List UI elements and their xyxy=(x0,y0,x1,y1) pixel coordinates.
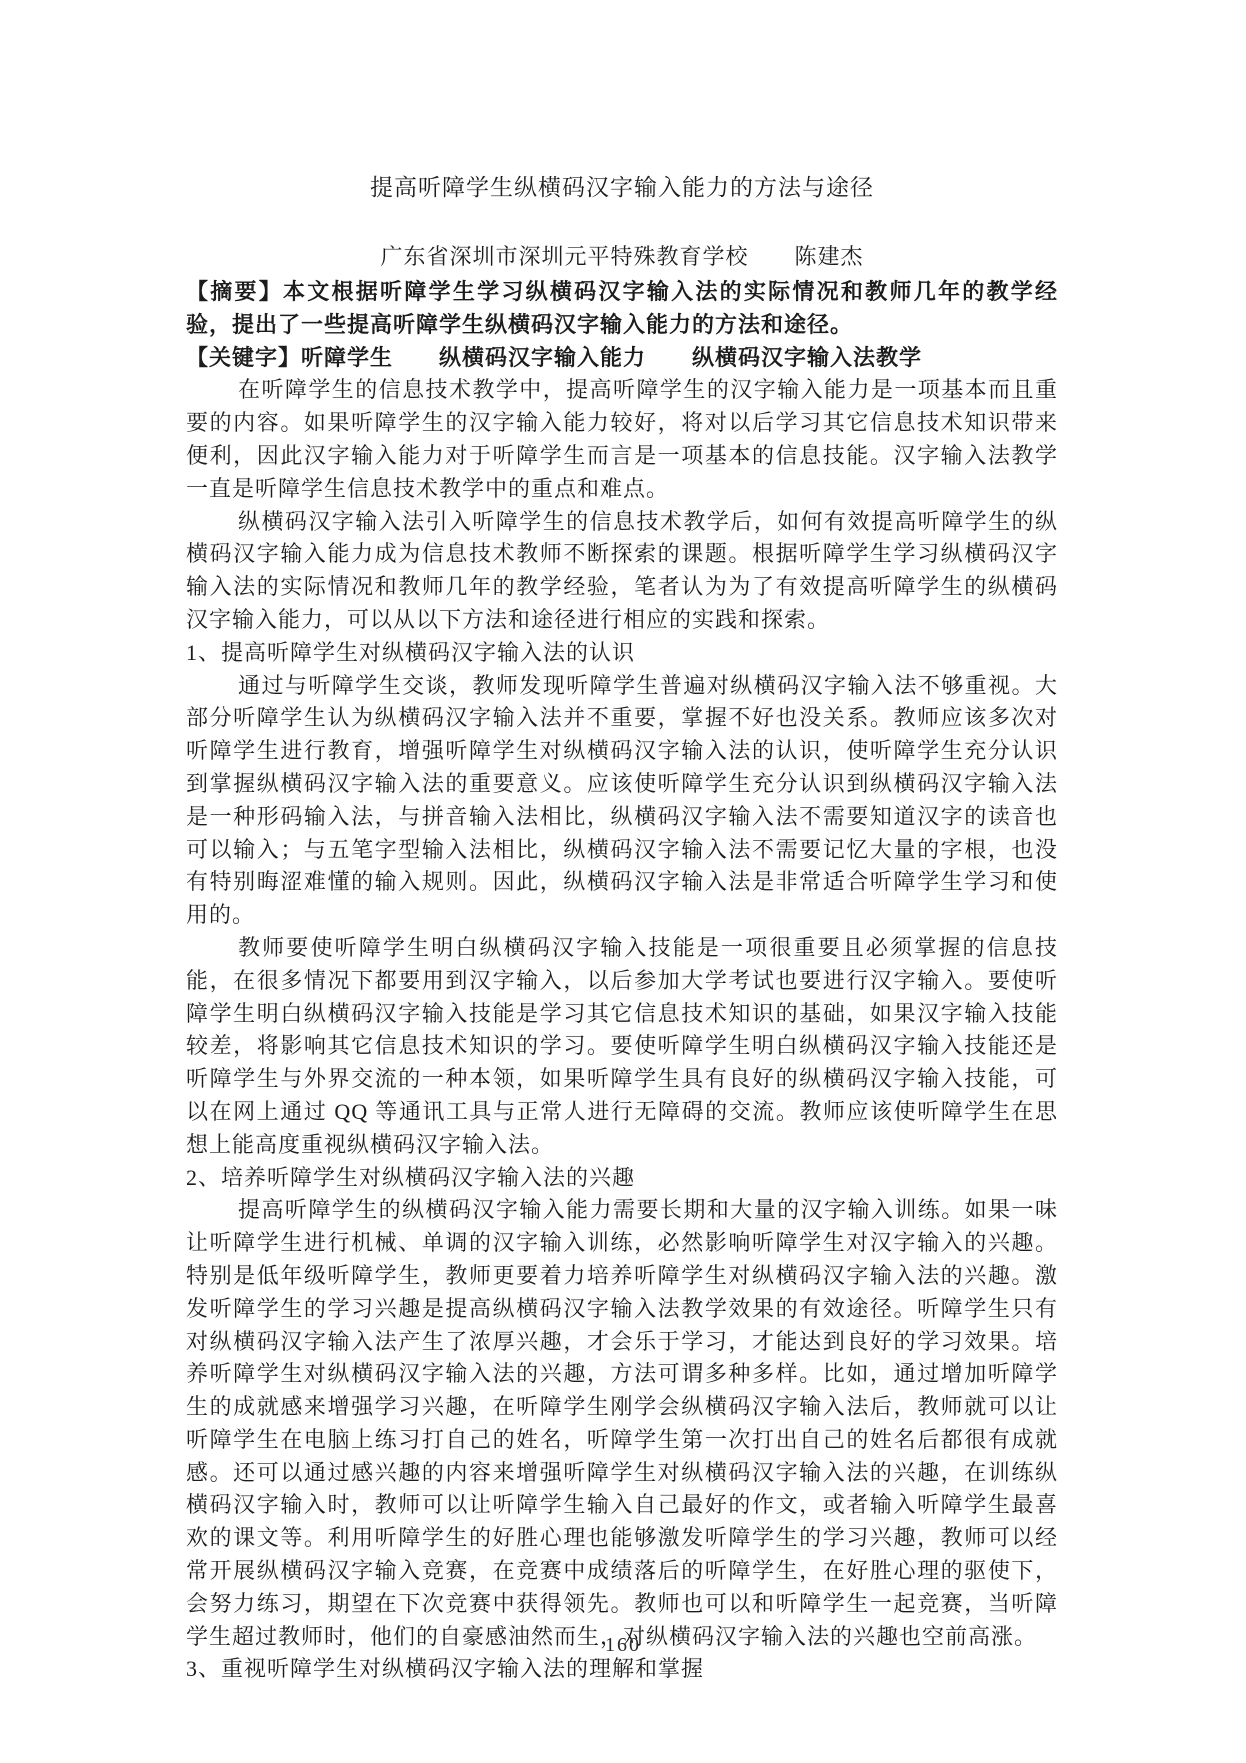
keywords-text: 听障学生 纵横码汉字输入能力 纵横码汉字输入法教学 xyxy=(301,345,922,370)
body-text: 【摘要】本文根据听障学生学习纵横码汉字输入法的实际情况和教师几年的教学经验，提出… xyxy=(186,276,1058,1686)
intro-paragraph-1: 在听障学生的信息技术教学中，提高听障学生的汉字输入能力是一项基本而且重要的内容。… xyxy=(186,374,1058,505)
keywords-paragraph: 【关键字】听障学生 纵横码汉字输入能力 纵横码汉字输入法教学 xyxy=(186,342,1058,375)
paper-title: 提高听障学生纵横码汉字输入能力的方法与途径 xyxy=(186,171,1058,204)
keywords-label: 【关键字】 xyxy=(186,345,301,370)
section-1-paragraph-2: 教师要使听障学生明白纵横码汉字输入技能是一项很重要且必须掌握的信息技能，在很多情… xyxy=(186,932,1058,1162)
document-page: 提高听障学生纵横码汉字输入能力的方法与途径 广东省深圳市深圳元平特殊教育学校 陈… xyxy=(0,0,1246,1763)
section-2-paragraph-1: 提高听障学生的纵横码汉字输入能力需要长期和大量的汉字输入训练。如果一味让听障学生… xyxy=(186,1194,1058,1653)
intro-paragraph-2: 纵横码汉字输入法引入听障学生的信息技术教学后，如何有效提高听障学生的纵横码汉字输… xyxy=(186,506,1058,637)
section-1-paragraph-1: 通过与听障学生交谈，教师发现听障学生普遍对纵横码汉字输入法不够重视。大部分听障学… xyxy=(186,670,1058,932)
abstract-label: 【摘要】 xyxy=(186,279,283,304)
page-content: 提高听障学生纵横码汉字输入能力的方法与途径 广东省深圳市深圳元平特殊教育学校 陈… xyxy=(186,0,1058,1686)
section-3-heading: 3、重视听障学生对纵横码汉字输入法的理解和掌握 xyxy=(186,1653,1058,1686)
section-1-heading: 1、提高听障学生对纵横码汉字输入法的认识 xyxy=(186,637,1058,670)
abstract-paragraph: 【摘要】本文根据听障学生学习纵横码汉字输入法的实际情况和教师几年的教学经验，提出… xyxy=(186,276,1058,342)
page-number: 160 xyxy=(0,1634,1246,1657)
section-2-heading: 2、培养听障学生对纵横码汉字输入法的兴趣 xyxy=(186,1162,1058,1195)
abstract-text: 本文根据听障学生学习纵横码汉字输入法的实际情况和教师几年的教学经验，提出了一些提… xyxy=(186,279,1058,337)
author-affiliation-line: 广东省深圳市深圳元平特殊教育学校 陈建杰 xyxy=(186,240,1058,273)
